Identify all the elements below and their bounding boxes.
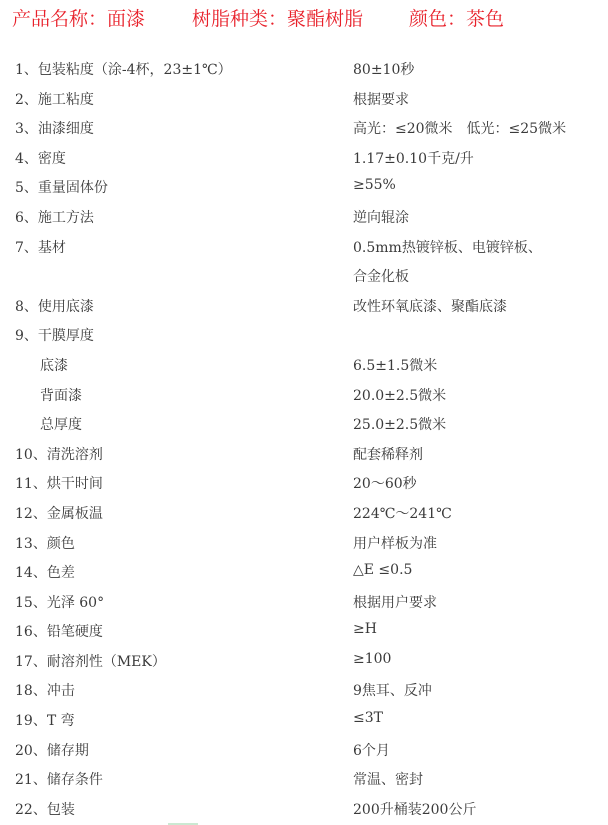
spec-value: ≥55%: [353, 177, 396, 193]
spec-row: 18、冲击9焦耳、反冲: [0, 677, 608, 707]
spec-row: 20、储存期6个月: [0, 737, 608, 767]
spec-label: 18、冲击: [15, 680, 75, 700]
spec-label: 13、颜色: [15, 533, 75, 553]
spec-label: 总厚度: [40, 414, 82, 434]
spec-label: 19、T 弯: [15, 710, 75, 730]
spec-row: 22、包装200升桶装200公斤: [0, 796, 608, 825]
spec-row: 1、包装粘度（涂-4杯，23±1℃）80±10秒: [0, 56, 608, 86]
spec-row: 2、施工粘度根据要求: [0, 86, 608, 116]
spec-value: 200升桶装200公斤: [353, 799, 476, 819]
spec-row: 19、T 弯≤3T: [0, 707, 608, 737]
spec-label: 17、耐溶剂性（MEK）: [15, 651, 166, 671]
spec-value: 合金化板: [353, 266, 409, 286]
spec-label: 8、使用底漆: [15, 296, 94, 316]
spec-value: 配套稀释剂: [353, 444, 423, 464]
spec-value: ≥100: [353, 651, 391, 667]
spec-row: 9、干膜厚度: [0, 322, 608, 352]
spec-value: △E ≤0.5: [353, 562, 412, 578]
spec-row: 13、颜色用户样板为准: [0, 530, 608, 560]
spec-label: 底漆: [40, 355, 68, 375]
spec-value: 6.5±1.5微米: [353, 355, 437, 375]
spec-value: 9焦耳、反冲: [353, 680, 432, 700]
spec-label: 5、重量固体份: [15, 177, 108, 197]
spec-label: 22、包装: [15, 799, 75, 819]
spec-subrow: 总厚度25.0±2.5微米: [0, 411, 608, 441]
spec-row: 17、耐溶剂性（MEK）≥100: [0, 648, 608, 678]
spec-label: 2、施工粘度: [15, 89, 94, 109]
spec-row: 5、重量固体份≥55%: [0, 174, 608, 204]
spec-value: 80±10秒: [353, 59, 414, 79]
spec-row: 12、金属板温224℃～241℃: [0, 500, 608, 530]
spec-subrow: 底漆6.5±1.5微米: [0, 352, 608, 382]
product-header: 产品名称：面漆 树脂种类：聚酯树脂 颜色：茶色: [0, 0, 608, 34]
spec-label: 9、干膜厚度: [15, 325, 94, 345]
spec-value: 高光：≤20微米 低光：≤25微米: [353, 118, 566, 138]
spec-value: 25.0±2.5微米: [353, 414, 446, 434]
spec-subrow: 背面漆20.0±2.5微米: [0, 382, 608, 412]
spec-value: 用户样板为准: [353, 533, 437, 553]
spec-row: 16、铅笔硬度≥H: [0, 618, 608, 648]
spec-row: 14、色差△E ≤0.5: [0, 559, 608, 589]
spec-value: 6个月: [353, 740, 390, 760]
spec-label: 10、清洗溶剂: [15, 444, 103, 464]
spec-label: 3、油漆细度: [15, 118, 94, 138]
spec-label: 12、金属板温: [15, 503, 103, 523]
spec-row: 3、油漆细度高光：≤20微米 低光：≤25微米: [0, 115, 608, 145]
spec-value: 逆向辊涂: [353, 207, 409, 227]
spec-value: ≤3T: [353, 710, 383, 726]
spec-label: 20、储存期: [15, 740, 89, 760]
spec-value: 20～60秒: [353, 473, 417, 493]
resin-type: 树脂种类：聚酯树脂: [192, 4, 363, 31]
spec-label: 7、基材: [15, 237, 66, 257]
product-color: 颜色：茶色: [409, 4, 504, 31]
spec-label: 4、密度: [15, 148, 66, 168]
product-name: 产品名称：面漆: [12, 4, 145, 31]
spec-row: 7、基材0.5mm热镀锌板、电镀锌板、: [0, 234, 608, 264]
spec-label: 1、包装粘度（涂-4杯，23±1℃）: [15, 59, 232, 79]
spec-value: ≥H: [353, 621, 377, 637]
spec-label: 15、光泽 60°: [15, 592, 104, 612]
spec-row: 11、烘干时间20～60秒: [0, 470, 608, 500]
spec-value: 根据要求: [353, 89, 409, 109]
spec-value: 224℃～241℃: [353, 503, 452, 523]
spec-value: 0.5mm热镀锌板、电镀锌板、: [353, 237, 542, 257]
spec-row: 4、密度1.17±0.10千克/升: [0, 145, 608, 175]
spec-value: 常温、密封: [353, 769, 423, 789]
spec-label: 14、色差: [15, 562, 75, 582]
spec-label: 11、烘干时间: [15, 473, 103, 493]
spec-row: 8、使用底漆改性环氧底漆、聚酯底漆: [0, 293, 608, 323]
spec-value: 根据用户要求: [353, 592, 437, 612]
spec-label: 16、铅笔硬度: [15, 621, 103, 641]
spec-label: 6、施工方法: [15, 207, 94, 227]
spec-value: 改性环氧底漆、聚酯底漆: [353, 296, 507, 316]
spec-row: 6、施工方法逆向辊涂: [0, 204, 608, 234]
spec-value: 20.0±2.5微米: [353, 385, 446, 405]
spec-label: 21、储存条件: [15, 769, 103, 789]
spec-row: 10、清洗溶剂配套稀释剂: [0, 441, 608, 471]
spec-row: 21、储存条件常温、密封: [0, 766, 608, 796]
spec-row-continuation: 合金化板: [0, 263, 608, 293]
spec-list: 1、包装粘度（涂-4杯，23±1℃）80±10秒 2、施工粘度根据要求 3、油漆…: [0, 56, 608, 825]
spec-label: 背面漆: [40, 385, 82, 405]
spec-value: 1.17±0.10千克/升: [353, 148, 474, 168]
spec-row: 15、光泽 60°根据用户要求: [0, 589, 608, 619]
